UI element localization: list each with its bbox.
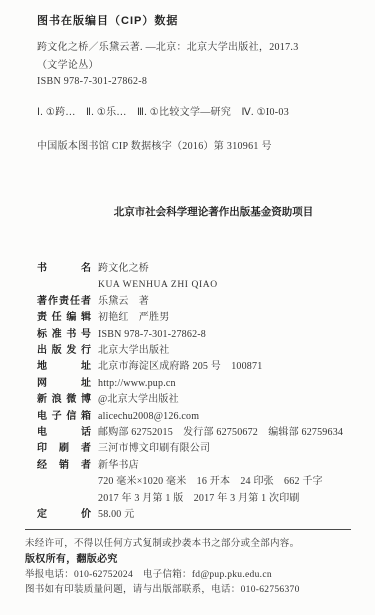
row-label: 印刷者: [37, 441, 91, 457]
colophon-row-author: 著作责任者 乐黛云 著: [37, 294, 350, 310]
colophon-row-editors: 责任编辑 初艳红 严胜男: [37, 310, 350, 326]
row-label: [37, 474, 91, 490]
colophon-row-email: 电子信箱 alicechu2008@126.com: [37, 409, 350, 425]
report-contact-line: 举报电话：010-62752024 电子信箱：fd@pup.pku.edu.cn: [25, 568, 355, 584]
row-value: alicechu2008@126.com: [98, 409, 350, 425]
cip-classification: Ⅰ. ①跨… Ⅱ. ①乐… Ⅲ. ①比较文学—研究 Ⅳ. ①I0-03: [37, 106, 350, 119]
row-value: 720 毫米×1020 毫米 16 开本 24 印张 662 千字: [98, 474, 350, 490]
colophon-row-book-title: 书名 跨文化之桥: [37, 261, 350, 277]
colophon-row-edition: 2017 年 3 月第 1 版 2017 年 3 月第 1 次印刷: [37, 491, 350, 507]
row-value: 58.00 元: [98, 507, 350, 523]
row-value: 北京大学出版社: [98, 343, 350, 359]
copyright-statement: 版权所有，翻版必究: [25, 552, 355, 568]
row-label: 电话: [37, 425, 91, 441]
colophon-row-publisher: 出版发行 北京大学出版社: [37, 343, 350, 359]
quality-contact-line: 图书如有印装质量问题，请与出版部联系，电话：010-62756370: [25, 583, 355, 599]
colophon-row-weibo: 新浪微博 @北京大学出版社: [37, 392, 350, 408]
row-label: 电子信箱: [37, 409, 91, 425]
row-value: @北京大学出版社: [98, 392, 350, 408]
colophon-row-phones: 电话 邮购部 62752015 发行部 62750672 编辑部 6275963…: [37, 425, 350, 441]
row-value: 新华书店: [98, 458, 350, 474]
row-label: 著作责任者: [37, 294, 91, 310]
row-value: 邮购部 62752015 发行部 62750672 编辑部 62759634: [98, 425, 350, 441]
row-value: 2017 年 3 月第 1 版 2017 年 3 月第 1 次印刷: [98, 491, 350, 507]
cip-title-statement: 跨文化之桥／乐黛云著. —北京：北京大学出版社，2017.3: [37, 41, 350, 54]
cip-series-note: （文学论丛）: [37, 59, 350, 72]
footer-notices: 未经许可，不得以任何方式复制或抄袭本书之部分或全部内容。 版权所有，翻版必究 举…: [0, 530, 375, 599]
row-label: [37, 277, 91, 293]
main-content: 图书在版编目（CIP）数据 跨文化之桥／乐黛云著. —北京：北京大学出版社，20…: [0, 0, 375, 524]
row-value: 北京市海淀区成府路 205 号 100871: [98, 359, 350, 375]
cip-data-heading: 图书在版编目（CIP）数据: [37, 15, 350, 28]
row-value: 三河市博文印刷有限公司: [98, 441, 350, 457]
colophon-row-isbn: 标准书号 ISBN 978-7-301-27862-8: [37, 327, 350, 343]
funding-note: 北京市社会科学理论著作出版基金资助项目: [77, 206, 350, 219]
colophon-row-address: 地址 北京市海淀区成府路 205 号 100871: [37, 359, 350, 375]
colophon-row-price: 定价 58.00 元: [37, 507, 350, 523]
reproduction-notice: 未经许可，不得以任何方式复制或抄袭本书之部分或全部内容。: [25, 537, 355, 553]
row-value: 初艳红 严胜男: [98, 310, 350, 326]
row-label: 地址: [37, 359, 91, 375]
row-label: 经销者: [37, 458, 91, 474]
row-value: 乐黛云 著: [98, 294, 350, 310]
row-value: http://www.pup.cn: [98, 376, 350, 392]
row-label: 书名: [37, 261, 91, 277]
row-label: 新浪微博: [37, 392, 91, 408]
row-label: 标准书号: [37, 327, 91, 343]
row-value: 跨文化之桥: [98, 261, 350, 277]
row-label: 出版发行: [37, 343, 91, 359]
colophon-row-format: 720 毫米×1020 毫米 16 开本 24 印张 662 千字: [37, 474, 350, 490]
row-label: 定价: [37, 507, 91, 523]
colophon-table: 书名 跨文化之桥 KUA WENHUA ZHI QIAO 著作责任者 乐黛云 著…: [37, 261, 350, 524]
row-label: 网址: [37, 376, 91, 392]
colophon-row-pinyin-title: KUA WENHUA ZHI QIAO: [37, 277, 350, 293]
copyright-page: 图书在版编目（CIP）数据 跨文化之桥／乐黛云著. —北京：北京大学出版社，20…: [0, 0, 375, 615]
row-label: [37, 491, 91, 507]
colophon-row-distributor: 经销者 新华书店: [37, 458, 350, 474]
row-value: KUA WENHUA ZHI QIAO: [98, 277, 350, 293]
colophon-row-website: 网址 http://www.pup.cn: [37, 376, 350, 392]
colophon-row-printer: 印刷者 三河市博文印刷有限公司: [37, 441, 350, 457]
cip-isbn: ISBN 978-7-301-27862-8: [37, 75, 350, 88]
row-value: ISBN 978-7-301-27862-8: [98, 327, 350, 343]
row-label: 责任编辑: [37, 310, 91, 326]
cip-record-number: 中国版本图书馆 CIP 数据核字（2016）第 310961 号: [37, 140, 350, 153]
